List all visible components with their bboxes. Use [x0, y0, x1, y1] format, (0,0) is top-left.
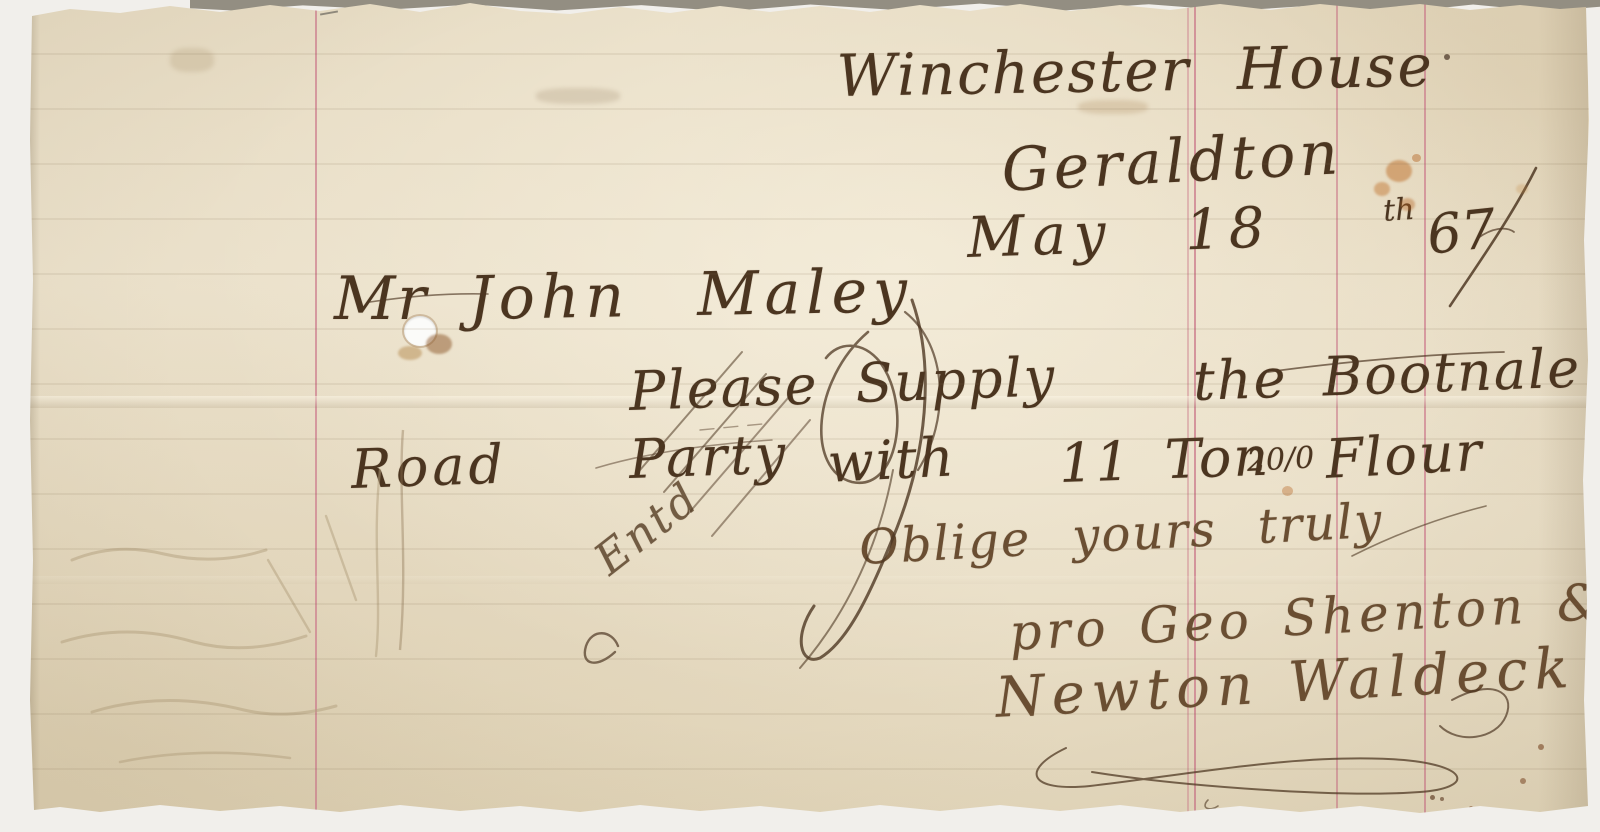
place-line: Geraldton — [1000, 118, 1344, 206]
page-edge-shadow-right — [1538, 0, 1588, 832]
grade-superscript: 20/0 — [1246, 440, 1315, 478]
foxing-stain — [1516, 184, 1528, 194]
request-line2-word-road: Road — [350, 433, 508, 501]
smudge-mark — [536, 88, 620, 104]
quantity-text: 11 Ton — [1058, 425, 1271, 495]
scanned-letter-page: Winchester House Geraldton May 18 th 67 … — [0, 0, 1600, 832]
punch-hole-stain — [426, 334, 452, 354]
date-line: May 18 — [966, 195, 1274, 271]
paper-sheet: Winchester House Geraldton May 18 th 67 … — [0, 0, 1600, 832]
valediction-line: Oblige yours truly — [858, 493, 1385, 576]
business-name-line: Winchester House — [836, 32, 1434, 110]
foxing-stain — [1386, 160, 1412, 182]
pencil-tick-mark — [320, 10, 338, 15]
ink-speck — [1469, 806, 1473, 810]
firm-line: pro Geo Shenton & Co — [1008, 567, 1600, 662]
smudge-mark — [1078, 100, 1148, 114]
request-line2-word-party: Party — [628, 422, 789, 491]
ink-speck — [1520, 778, 1526, 784]
recipient-name: John Maley — [468, 256, 913, 334]
signature-line: Newton Waldeck — [994, 636, 1577, 731]
ink-speck — [1444, 54, 1450, 60]
fold-crease-horizontal — [30, 396, 1588, 408]
page-edge-shadow-left — [30, 0, 40, 832]
fold-crease-faint — [30, 576, 1588, 584]
column-rule-double-b — [1194, 0, 1196, 832]
punch-hole — [404, 316, 436, 346]
request-line1-left: Please Supply — [628, 345, 1057, 423]
punch-hole-debris — [398, 346, 422, 360]
foxing-stain — [1400, 198, 1415, 211]
recipient-title: Mr — [334, 264, 428, 334]
ink-speck — [1430, 795, 1435, 800]
foxing-stain — [1374, 182, 1390, 196]
foxing-stain — [1282, 486, 1293, 496]
ink-speck — [1538, 744, 1544, 750]
margin-rule-left — [315, 0, 317, 832]
item-text: Flour — [1324, 420, 1485, 491]
column-rule-double-a — [1187, 0, 1189, 832]
entered-annotation: Entd — [585, 472, 710, 585]
column-rule-single-1 — [1336, 0, 1338, 832]
foxing-stain — [1412, 154, 1421, 162]
column-rule-single-2 — [1424, 0, 1426, 832]
date-ordinal-superscript: th — [1382, 192, 1416, 229]
show-through-marks — [62, 470, 380, 762]
crease-stain-vertical — [400, 430, 403, 650]
request-line1-right: the Bootnale — [1192, 336, 1582, 413]
ink-flourishes — [0, 0, 1600, 832]
paper-vignette — [0, 0, 1600, 832]
date-year: 67 — [1424, 197, 1499, 267]
request-line2-word-with: with — [826, 425, 957, 495]
smudge-mark — [170, 48, 214, 72]
ink-speck — [1440, 797, 1444, 801]
